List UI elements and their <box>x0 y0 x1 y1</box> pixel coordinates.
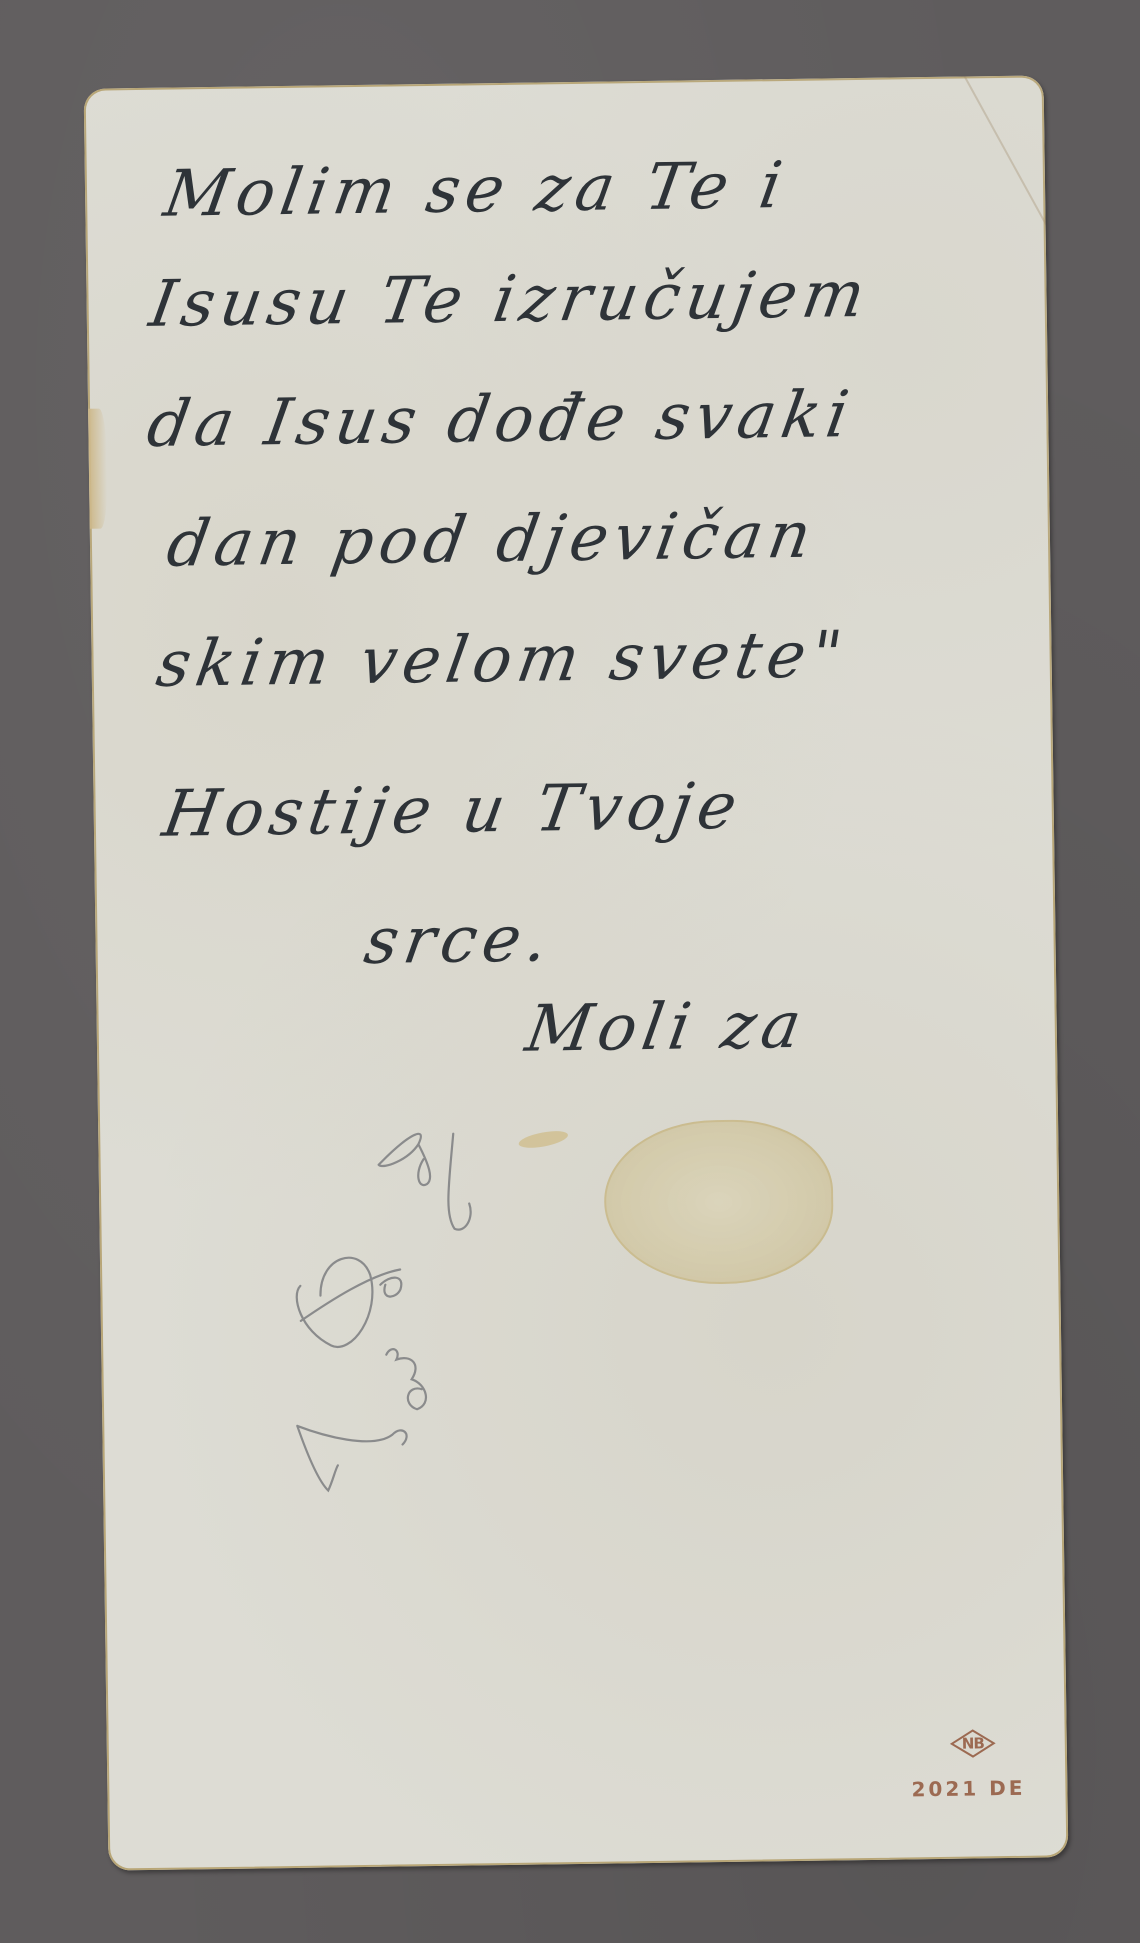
logo-text: NB <box>950 1734 996 1753</box>
nb-logo: NB <box>950 1728 996 1759</box>
handwriting-line-6: Hostije u Tvoje <box>158 770 748 852</box>
pencil-scribbles <box>258 1102 564 1530</box>
prayer-card: Molim se za Te i Isusu Te izručujem da I… <box>84 75 1069 1870</box>
water-stain <box>603 1118 834 1285</box>
handwriting-line-2: Isusu Te izručujem <box>145 258 876 342</box>
handwriting-line-4: dan pod djevičan <box>162 499 822 582</box>
print-code: 2021 DE <box>911 1776 1025 1802</box>
printer-mark: NB 2021 DE <box>911 1728 1026 1802</box>
handwriting-line-7: srce. <box>360 902 559 979</box>
pencil-scribble-icon <box>258 1102 564 1526</box>
handwriting-line-8: Moli za <box>521 989 812 1067</box>
handwriting-line-3: da Isus dođe svaki <box>142 378 859 462</box>
handwriting-line-5: skim velom svete" <box>152 618 853 702</box>
handwriting-line-1: Molim se za Te i <box>159 149 793 232</box>
edge-wear <box>88 409 108 529</box>
